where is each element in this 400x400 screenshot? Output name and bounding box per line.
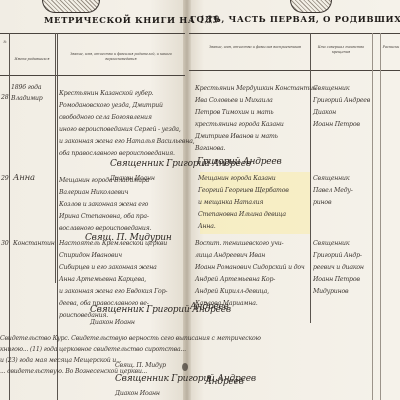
priest-signature: Андреев [190, 303, 229, 312]
col-divider [9, 33, 10, 400]
col-divider [57, 33, 58, 400]
text-line: Ваганова. [195, 145, 225, 154]
text-line: Ромодановского уезда, Дмитрий [59, 102, 163, 111]
text-line: Павел Меду- [313, 187, 353, 196]
colhead-names: Имена родившихся [10, 57, 54, 62]
text-line: и мещанка Наталия [198, 199, 263, 208]
text-line: Анна. [198, 223, 216, 232]
text-line: Священник [313, 175, 349, 184]
col-divider [372, 33, 373, 400]
entry-number: 30 [1, 240, 8, 249]
text-line: Ива Соловьев и Михаила [195, 97, 273, 106]
colhead-number: № [1, 40, 9, 45]
text-line: Сибирцев и его законная жена [59, 264, 157, 273]
text-line: Андрей Артемьевна Кор- [195, 276, 275, 285]
text-line: Крестьянин Казанской губер. [59, 90, 153, 99]
text-line: Иоанн Романович Сидорский и доч [195, 264, 305, 273]
col-divider [55, 33, 56, 283]
text-line: реевич и диакон [313, 264, 364, 273]
text-line: свободного села Богоявления [59, 114, 152, 123]
colhead-parents: Звание, имя, отчество и фамилия родителе… [60, 52, 182, 62]
rule [0, 75, 185, 76]
crest-right-icon [290, 0, 332, 13]
text-line: Священник [313, 85, 349, 94]
col-divider [380, 33, 381, 400]
entry-date: 1896 года [11, 84, 41, 93]
text-line: Иоанн Петров [313, 276, 360, 285]
entry-name: Константин [13, 240, 55, 249]
rule [189, 33, 400, 34]
crest-left-icon [42, 0, 100, 13]
ink-smudge [182, 363, 188, 371]
header-right: ГОДЪ, ЧАСТЬ ПЕРВАЯ, О РОДИВШИХСЯ [190, 15, 400, 25]
rule [189, 70, 400, 71]
text-line: Мещанин города Владимира [59, 177, 149, 186]
text-line: крестьянина города Казани [195, 121, 284, 130]
text-line: и законная жена его Евдокия Гор- [59, 288, 167, 297]
text-line: Спиридон Иванович [59, 252, 122, 261]
text-line: Крестьянин Мердушкин Константин [195, 85, 317, 94]
footer-signature: Диакон Иоанн [115, 390, 160, 399]
text-line: Диакон [313, 109, 336, 118]
text-line: Анна Артемьевна Карцева, [59, 276, 146, 285]
text-line: Козлов и законная жена его [59, 201, 148, 210]
text-line: книгою... (11) года церковное свидетельс… [0, 346, 186, 355]
text-line: Мидуринов [313, 288, 348, 297]
text-line: иного вероисповедания Сергей - уезда, [59, 126, 181, 135]
priest-signature: Григорий Андреев [197, 158, 282, 167]
header-left-text: МЕТРИЧЕСКОЙ КНИГИ НА [44, 16, 195, 26]
entry-number: 29 [1, 175, 8, 184]
text-line: оба православного вероисповедания. [59, 150, 175, 159]
text-line: Георгий Георгиев Щербатов [198, 187, 289, 196]
text-line: лища Андреевич Иван [195, 252, 265, 261]
text-line: Настоятель Кремлевской церкви [59, 240, 167, 249]
text-line: Андрей Кирилл-девица, [195, 288, 269, 297]
text-line: Валериан Николаевич [59, 189, 128, 198]
text-line: Дмитриев Иванов и мать [195, 133, 278, 142]
text-line: Степановна Ильина девица [198, 211, 286, 220]
entry-signature: Диакон Иоанн [90, 319, 135, 328]
entry-name: Владимир [11, 95, 43, 104]
text-line: Иоанн Петров [313, 121, 360, 130]
entry-name: Анна [13, 174, 35, 183]
text-line: Священник [313, 240, 349, 249]
text-line: Ирина Степановна, оба пра- [59, 213, 149, 222]
text-line: и законная жена его Наталья Васильевна, [59, 138, 194, 147]
rule [0, 33, 185, 34]
text-line: Григорий Андреев [313, 97, 370, 106]
colhead-sacrament: Кто совершал таинство крещения [312, 45, 370, 55]
text-line: Мещанин города Казани [198, 175, 276, 184]
text-line: ринов [313, 199, 331, 208]
text-line: Петров Тимохин и мать [195, 109, 273, 118]
header-right-text: ГОДЪ, ЧАСТЬ ПЕРВАЯ, О РОДИВШИХСЯ [190, 15, 400, 25]
text-line: Григорий Андр- [313, 252, 362, 261]
entry-number: 28 [1, 94, 8, 103]
ink-smudge [207, 375, 211, 379]
text-line: Воспит. тенишевского учи- [195, 240, 283, 249]
footer-signature: Свящ. П. Мидур [115, 362, 166, 371]
colhead-godparents: Звание, имя, отчество и фамилия восприем… [205, 45, 305, 50]
footer-priest-signature: Андреев [205, 378, 244, 387]
text-line: Свидетельство Курс. Свидетельствую верно… [0, 335, 261, 344]
text-line: и (23) года мая месяца Мещерской и... [0, 357, 121, 366]
colhead-receipts: Расписки [382, 45, 400, 50]
col-divider [310, 33, 311, 323]
